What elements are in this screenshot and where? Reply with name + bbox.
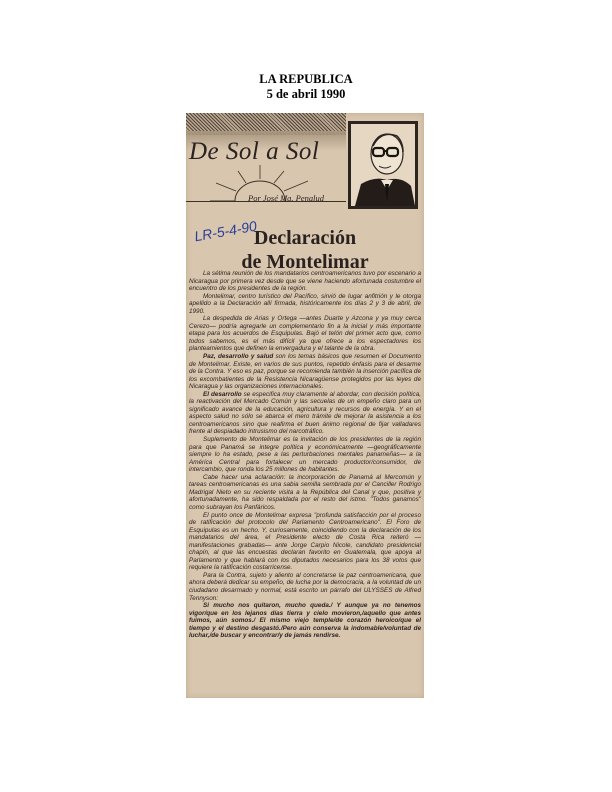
paragraph-text: Suplemento de Montelimar es la invitació… xyxy=(189,436,421,473)
paragraph: La sétima reunión de los mandatarios cen… xyxy=(189,270,421,293)
paragraph-text: La sétima reunión de los mandatarios cen… xyxy=(189,270,421,292)
author-portrait xyxy=(348,121,418,209)
paragraph: Para la Contra, sujeto y aliento al conc… xyxy=(189,572,421,602)
paragraph-text: Cabe hacer una aclaración: la incorporac… xyxy=(189,474,421,511)
paragraph-text: se especifica muy claramente al abordar,… xyxy=(189,391,421,436)
paragraph: Suplemento de Montelimar es la invitació… xyxy=(189,436,421,474)
article-headline: Declaración de Montelimar xyxy=(186,226,424,274)
paragraph: El punto once de Montelimar expresa "pro… xyxy=(189,512,421,572)
paragraph: El desarrollo se especifica muy claramen… xyxy=(189,391,421,436)
poem-text: Si mucho nos quitaron, mucho queda./ Y a… xyxy=(189,602,421,639)
paragraph-text: La despedida de Arias y Ortega —antes Du… xyxy=(189,315,421,352)
paragraph: Cabe hacer una aclaración: la incorporac… xyxy=(189,474,421,512)
paragraph-lead: Paz, desarrollo y salud xyxy=(203,353,273,360)
paragraph: La despedida de Arias y Ortega —antes Du… xyxy=(189,315,421,353)
paragraph-text: Para la Contra, sujeto y aliento al conc… xyxy=(189,572,421,602)
masthead-rule xyxy=(186,201,346,202)
portrait-illustration-icon xyxy=(351,124,415,206)
document-header: LA REPUBLICA 5 de abril 1990 xyxy=(0,72,612,102)
paragraph: Paz, desarrollo y salud son los temas bá… xyxy=(189,353,421,391)
publication-date: 5 de abril 1990 xyxy=(0,87,612,102)
column-masthead: De Sol a Sol Por José Ma. Penalud xyxy=(186,113,424,211)
paragraph-text: Montelimar, centro turístico del Pacífic… xyxy=(189,293,421,315)
paragraph: Montelimar, centro turístico del Pacífic… xyxy=(189,293,421,316)
article-body: La sétima reunión de los mandatarios cen… xyxy=(189,270,421,640)
headline-line-1: Declaración xyxy=(186,226,424,250)
newspaper-clipping: De Sol a Sol Por José Ma. Penalud xyxy=(186,113,424,698)
poem-quote: Si mucho nos quitaron, mucho queda./ Y a… xyxy=(189,602,421,640)
newspaper-name: LA REPUBLICA xyxy=(0,72,612,87)
paragraph-lead: El desarrollo xyxy=(203,391,242,398)
paragraph-text: El punto once de Montelimar expresa "pro… xyxy=(189,512,421,572)
column-title: De Sol a Sol xyxy=(189,138,319,166)
